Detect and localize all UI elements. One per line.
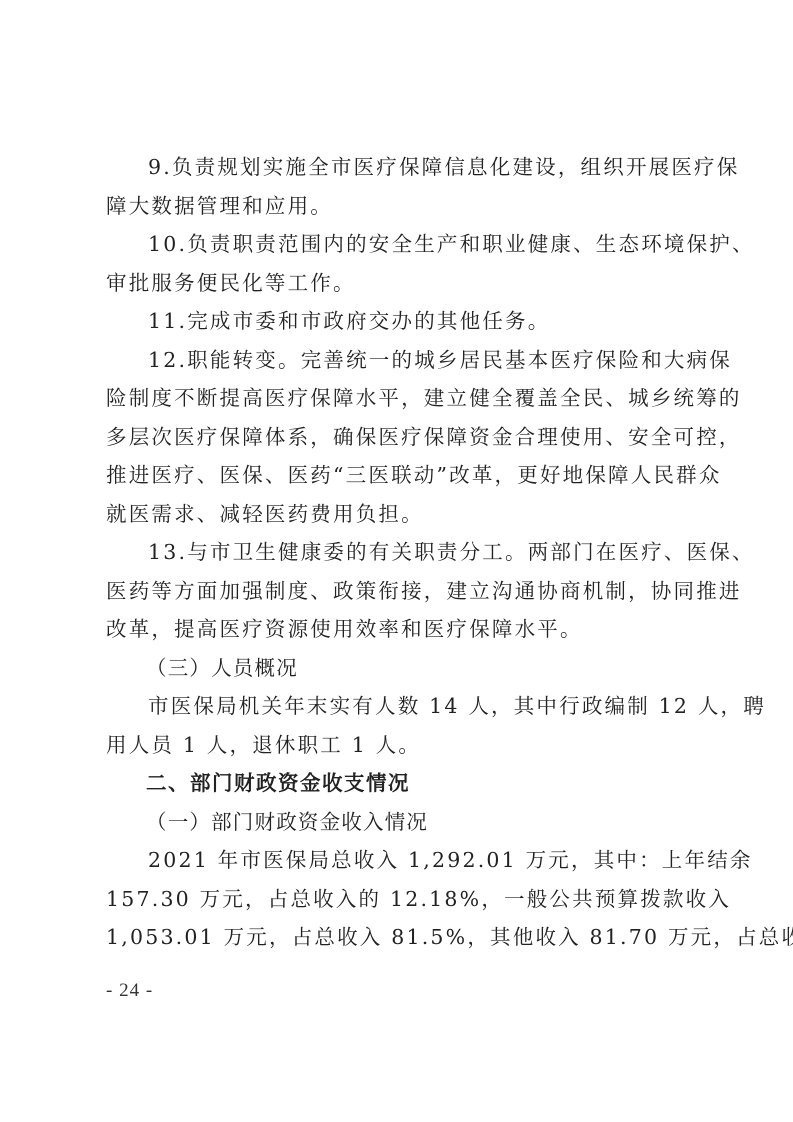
paragraph-line: 障大数据管理和应用。 [106, 187, 692, 226]
paragraph-line: 多层次医疗保障体系，确保医疗保障资金合理使用、安全可控， [106, 418, 692, 457]
paragraph-line: 13.与市卫生健康委的有关职责分工。两部门在医疗、医保、 [106, 533, 692, 572]
staff-line: 市医保局机关年末实有人数 14 人，其中行政编制 12 人，聘 [106, 687, 692, 726]
income-line: 2021 年市医保局总收入 1,292.01 万元，其中：上年结余 [106, 841, 692, 880]
income-line: 1,053.01 万元，占总收入 81.5%，其他收入 81.70 万元，占总收 [106, 918, 692, 957]
paragraph-line: 险制度不断提高医疗保障水平，建立健全覆盖全民、城乡统筹的 [106, 379, 692, 418]
income-line: 157.30 万元，占总收入的 12.18%，一般公共预算拨款收入 [106, 880, 692, 919]
paragraph-line: 就医需求、减轻医药费用负担。 [106, 495, 692, 534]
paragraph-line: 医药等方面加强制度、政策衔接，建立沟通协商机制，协同推进 [106, 572, 692, 611]
page-number: - 24 - [106, 980, 153, 1002]
paragraph-line: 推进医疗、医保、医药“三医联动”改革，更好地保障人民群众 [106, 456, 692, 495]
paragraph-line: 12.职能转变。完善统一的城乡居民基本医疗保险和大病保 [106, 341, 692, 380]
paragraph-line: 9.负责规划实施全市医疗保障信息化建设，组织开展医疗保 [106, 148, 692, 187]
document-page: 9.负责规划实施全市医疗保障信息化建设，组织开展医疗保 障大数据管理和应用。 1… [106, 148, 692, 957]
section-heading-staff: （三）人员概况 [106, 649, 692, 688]
subsection-heading-income: （一）部门财政资金收入情况 [106, 803, 692, 842]
paragraph-line: 审批服务便民化等工作。 [106, 264, 692, 303]
paragraph-line: 10.负责职责范围内的安全生产和职业健康、生态环境保护、 [106, 225, 692, 264]
staff-line: 用人员 1 人，退休职工 1 人。 [106, 726, 692, 765]
part-heading-finance: 二、部门财政资金收支情况 [106, 764, 692, 803]
paragraph-line: 改革，提高医疗资源使用效率和医疗保障水平。 [106, 610, 692, 649]
paragraph-line: 11.完成市委和市政府交办的其他任务。 [106, 302, 692, 341]
